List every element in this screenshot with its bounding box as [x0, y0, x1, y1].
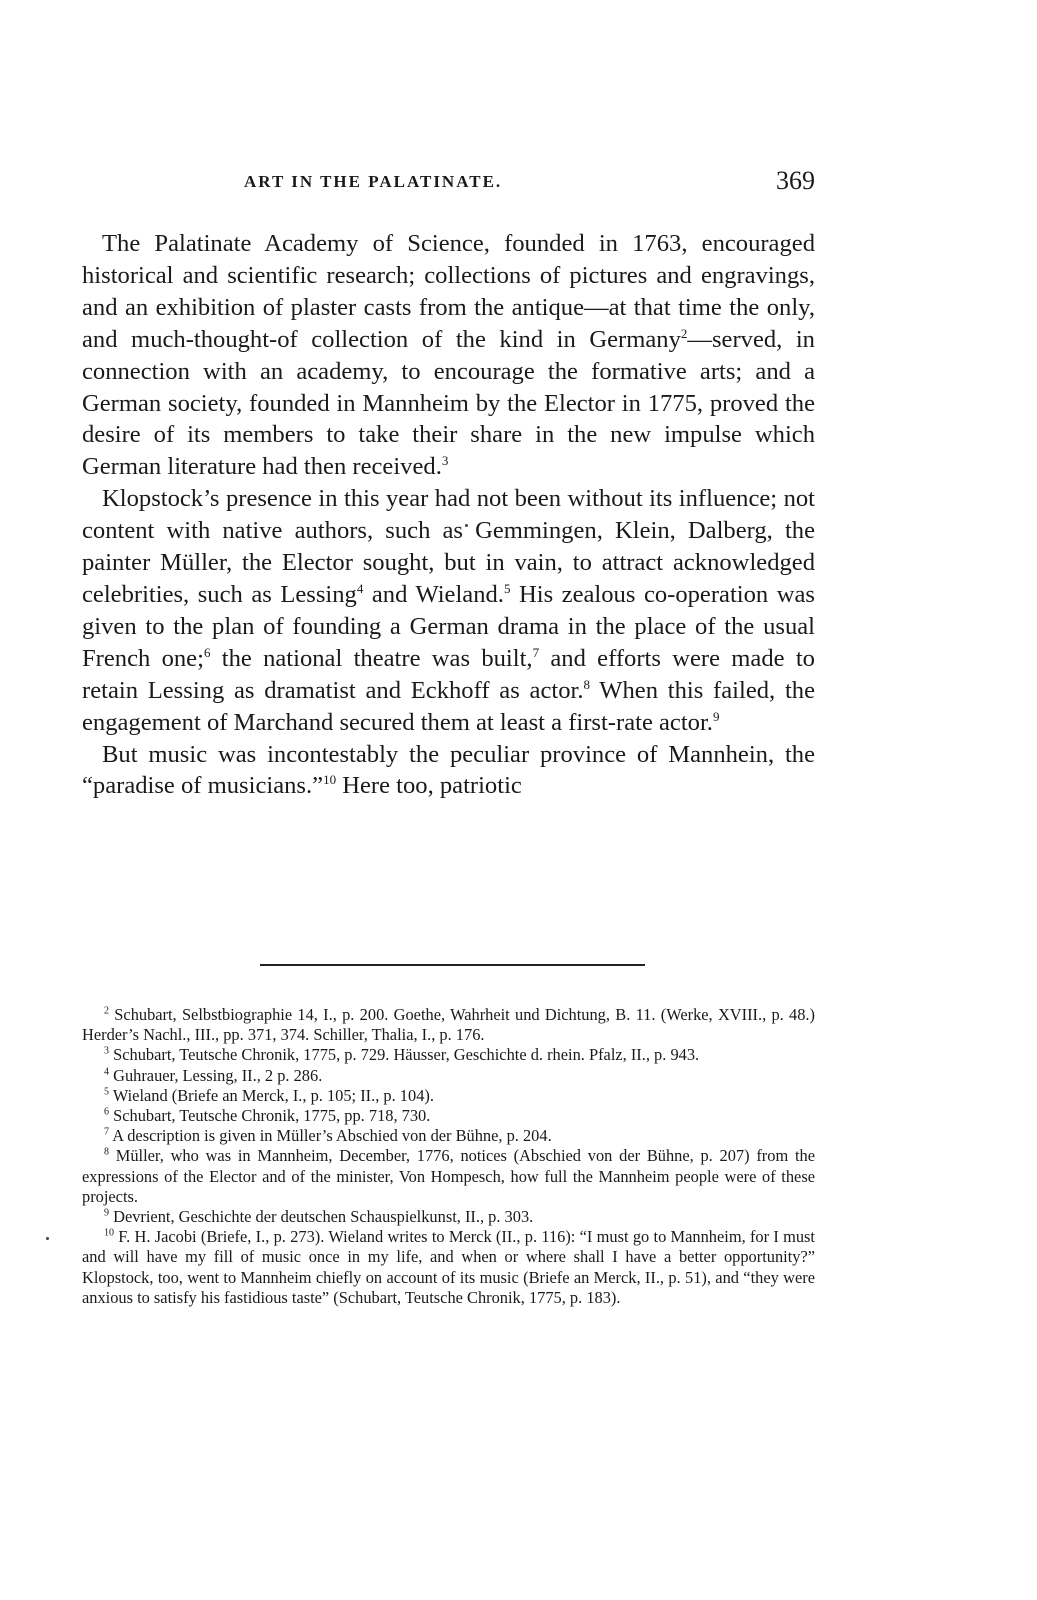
running-title: Art in the Palatinate.	[244, 172, 502, 192]
footnote-10: 10 F. H. Jacobi (Briefe, I., p. 273). Wi…	[82, 1227, 815, 1308]
paragraph-klopstock: Klopstock’s presence in this year had no…	[82, 483, 815, 738]
footnote-text: Guhrauer, Lessing, II., 2 p. 286.	[113, 1066, 322, 1085]
footnote-ref[interactable]: 3	[442, 453, 449, 468]
footnote-2: 2 Schubart, Selbstbiographie 14, I., p. …	[82, 1005, 815, 1045]
running-head: Art in the Palatinate. 369	[82, 166, 815, 202]
footnote-divider	[260, 964, 645, 966]
footnote-8: 8 Müller, who was in Mannheim, December,…	[82, 1146, 815, 1207]
footnote-3: 3 Schubart, Teutsche Chronik, 1775, p. 7…	[82, 1045, 815, 1065]
footnote-9: 9 Devrient, Geschichte der deutschen Sch…	[82, 1207, 815, 1227]
paragraph-academy: The Palatinate Academy of Science, found…	[82, 228, 815, 483]
text-segment: Here too, patriotic	[336, 772, 522, 799]
footnote-mark: 6	[104, 1107, 109, 1118]
footnote-text: A description is given in Müller’s Absch…	[112, 1126, 551, 1145]
footnote-mark: 8	[104, 1147, 109, 1158]
footnote-text: Müller, who was in Mannheim, December, 1…	[82, 1146, 815, 1205]
footnote-7: 7 A description is given in Müller’s Abs…	[82, 1126, 815, 1146]
scan-speck	[46, 1237, 49, 1240]
footnote-6: 6 Schubart, Teutsche Chronik, 1775, pp. …	[82, 1106, 815, 1126]
body-text: The Palatinate Academy of Science, found…	[82, 228, 815, 802]
scan-speck	[465, 524, 468, 527]
footnote-mark: 3	[104, 1046, 109, 1057]
footnotes: 2 Schubart, Selbstbiographie 14, I., p. …	[82, 1005, 815, 1308]
footnote-5: 5 Wieland (Briefe an Merck, I., p. 105; …	[82, 1086, 815, 1106]
footnote-text: Devrient, Geschichte der deutschen Schau…	[113, 1207, 533, 1226]
footnote-text: Schubart, Teutsche Chronik, 1775, p. 729…	[113, 1045, 699, 1064]
footnote-mark: 4	[104, 1066, 109, 1077]
footnote-mark: 2	[104, 1006, 109, 1017]
text-segment: and Wieland.	[363, 581, 504, 608]
footnote-text: Schubart, Teutsche Chronik, 1775, pp. 71…	[113, 1106, 430, 1125]
text-segment: the national theatre was built,	[210, 645, 532, 672]
footnote-mark: 10	[104, 1228, 114, 1239]
paragraph-music: But music was incontestably the peculiar…	[82, 739, 815, 803]
footnote-text: Wieland (Briefe an Merck, I., p. 105; II…	[113, 1086, 434, 1105]
footnote-4: 4 Guhrauer, Lessing, II., 2 p. 286.	[82, 1066, 815, 1086]
page-number: 369	[776, 166, 815, 196]
footnote-text: F. H. Jacobi (Briefe, I., p. 273). Wiela…	[82, 1227, 815, 1307]
footnote-mark: 9	[104, 1208, 109, 1219]
footnote-ref[interactable]: 9	[713, 708, 720, 723]
footnote-text: Schubart, Selbstbiographie 14, I., p. 20…	[82, 1005, 815, 1044]
footnote-mark: 7	[104, 1127, 109, 1138]
footnote-ref[interactable]: 10	[323, 772, 336, 787]
footnote-mark: 5	[104, 1086, 109, 1097]
